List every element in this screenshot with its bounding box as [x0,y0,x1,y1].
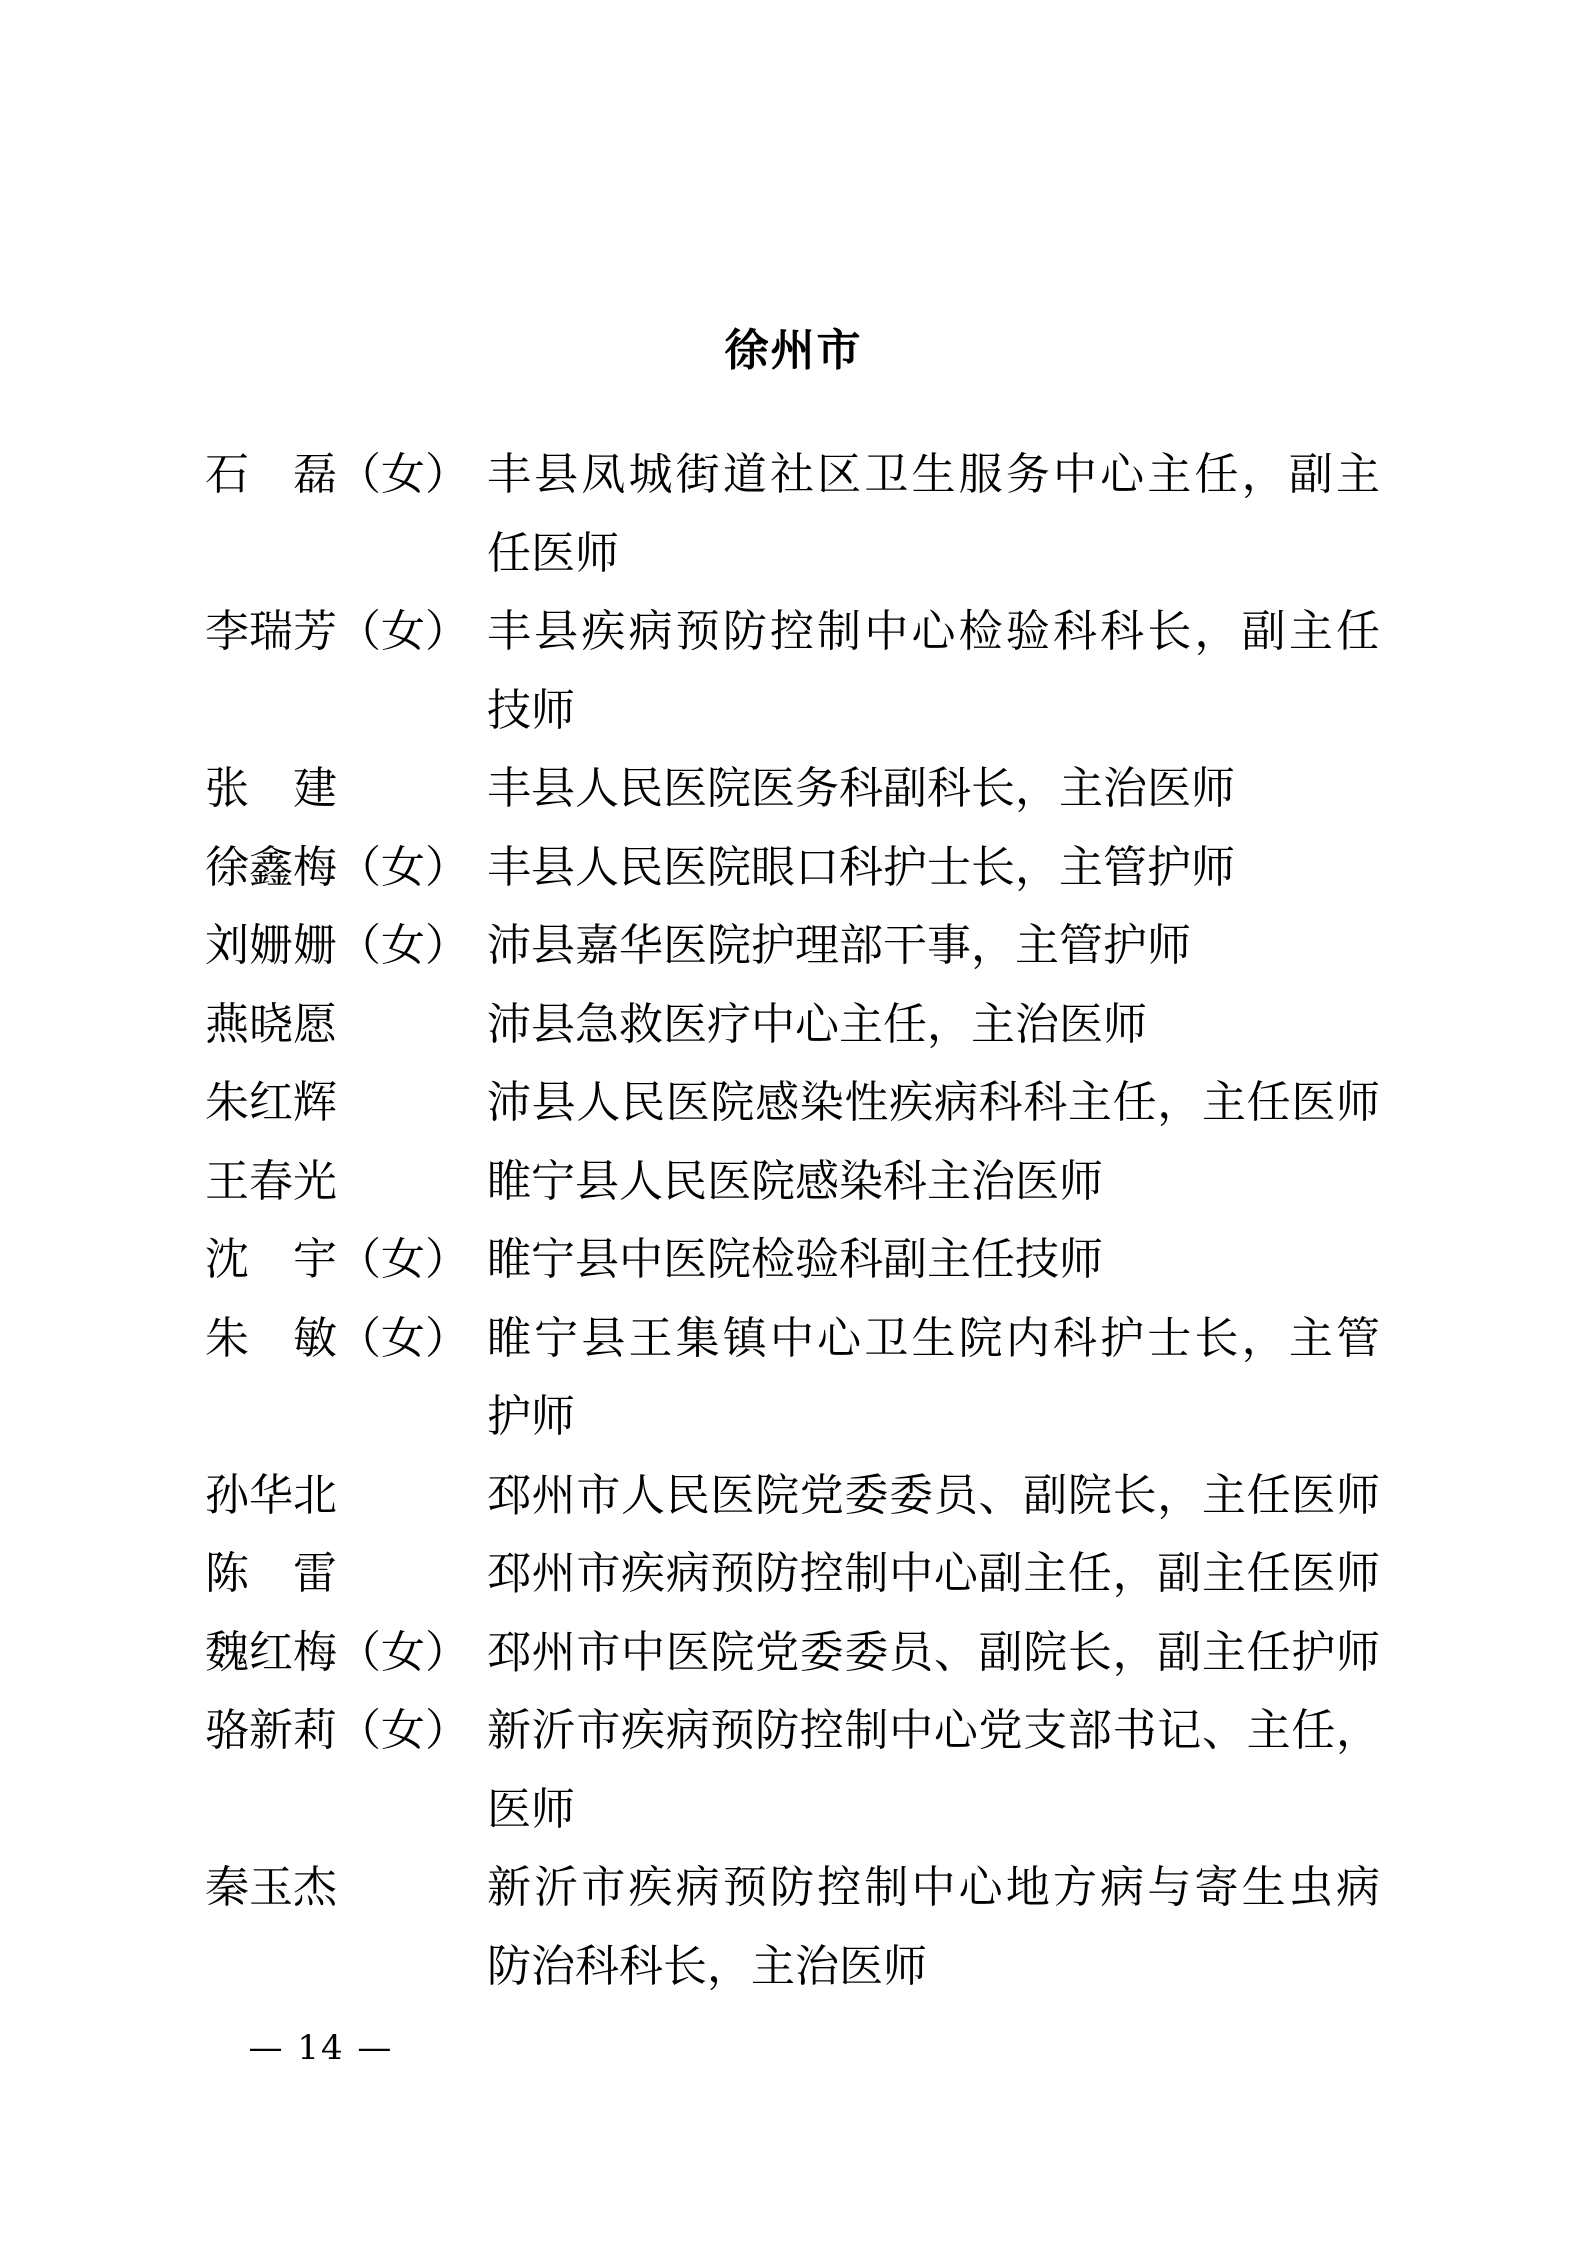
description-line: 医师 [487,1771,1380,1850]
person-name: 魏红梅 [205,1614,337,1693]
person-name: 朱红辉 [205,1064,337,1143]
description-line: 新沂市疾病预防控制中心党支部书记、主任， [487,1692,1380,1771]
person-description: 邳州市疾病预防控制中心副主任，副主任医师 [487,1535,1380,1614]
person-name: 刘姗姗 [205,907,337,986]
person-name: 李瑞芳 [205,593,337,672]
description-line: 丰县疾病预防控制中心检验科科长，副主任 [487,593,1380,672]
person-name: 张建 [205,750,337,829]
list-item: 秦玉杰 新沂市疾病预防控制中心地方病与寄生虫病 防治科科长，主治医师 [205,1849,1385,2006]
list-item: 沈宇 （女） 睢宁县中医院检验科副主任技师 [205,1221,1385,1300]
person-description: 邳州市中医院党委委员、副院长，副主任护师 [487,1614,1380,1693]
description-line: 新沂市疾病预防控制中心地方病与寄生虫病 [487,1849,1380,1928]
description-line: 丰县人民医院眼口科护士长，主管护师 [487,829,1380,908]
description-line: 沛县急救医疗中心主任，主治医师 [487,986,1380,1065]
gender-label: （女） [337,1300,487,1379]
gender-label: （女） [337,1692,487,1771]
gender-label: （女） [337,907,487,986]
list-item: 徐鑫梅 （女） 丰县人民医院眼口科护士长，主管护师 [205,829,1385,908]
person-description: 睢宁县中医院检验科副主任技师 [487,1221,1380,1300]
list-item: 张建 丰县人民医院医务科副科长，主治医师 [205,750,1385,829]
person-name: 秦玉杰 [205,1849,337,1928]
page-title: 徐州市 [0,328,1587,374]
description-line: 沛县人民医院感染性疾病科科主任，主任医师 [487,1064,1380,1143]
person-name: 朱敏 [205,1300,337,1379]
description-line: 睢宁县中医院检验科副主任技师 [487,1221,1380,1300]
list-item: 李瑞芳 （女） 丰县疾病预防控制中心检验科科长，副主任 技师 [205,593,1385,750]
gender-label: （女） [337,436,487,515]
person-description: 丰县疾病预防控制中心检验科科长，副主任 技师 [487,593,1380,750]
list-item: 燕晓愿 沛县急救医疗中心主任，主治医师 [205,986,1385,1065]
person-description: 新沂市疾病预防控制中心党支部书记、主任， 医师 [487,1692,1380,1849]
description-line: 丰县凤城街道社区卫生服务中心主任，副主 [487,436,1380,515]
person-description: 邳州市人民医院党委委员、副院长，主任医师 [487,1457,1380,1536]
person-name: 燕晓愿 [205,986,337,1065]
list-item: 陈雷 邳州市疾病预防控制中心副主任，副主任医师 [205,1535,1385,1614]
gender-label: （女） [337,1221,487,1300]
gender-label: （女） [337,829,487,908]
person-name: 骆新莉 [205,1692,337,1771]
description-line: 防治科科长，主治医师 [487,1928,1380,2007]
list-item: 孙华北 邳州市人民医院党委委员、副院长，主任医师 [205,1457,1385,1536]
description-line: 睢宁县人民医院感染科主治医师 [487,1143,1380,1222]
list-item: 朱敏 （女） 睢宁县王集镇中心卫生院内科护士长，主管 护师 [205,1300,1385,1457]
person-description: 睢宁县王集镇中心卫生院内科护士长，主管 护师 [487,1300,1380,1457]
person-name: 石磊 [205,436,337,515]
person-name: 陈雷 [205,1535,337,1614]
page-number: — 14 — [205,2028,437,2068]
description-line: 沛县嘉华医院护理部干事，主管护师 [487,907,1380,986]
description-line: 护师 [487,1378,1380,1457]
person-description: 沛县人民医院感染性疾病科科主任，主任医师 [487,1064,1380,1143]
description-line: 睢宁县王集镇中心卫生院内科护士长，主管 [487,1300,1380,1379]
person-name: 孙华北 [205,1457,337,1536]
gender-label: （女） [337,593,487,672]
description-line: 邳州市中医院党委委员、副院长，副主任护师 [487,1614,1380,1693]
person-name: 徐鑫梅 [205,829,337,908]
person-description: 睢宁县人民医院感染科主治医师 [487,1143,1380,1222]
list-item: 王春光 睢宁县人民医院感染科主治医师 [205,1143,1385,1222]
list-item: 刘姗姗 （女） 沛县嘉华医院护理部干事，主管护师 [205,907,1385,986]
description-line: 邳州市疾病预防控制中心副主任，副主任医师 [487,1535,1380,1614]
gender-label: （女） [337,1614,487,1693]
description-line: 丰县人民医院医务科副科长，主治医师 [487,750,1380,829]
description-line: 技师 [487,672,1380,751]
list-item: 魏红梅 （女） 邳州市中医院党委委员、副院长，副主任护师 [205,1614,1385,1693]
award-list: 石磊 （女） 丰县凤城街道社区卫生服务中心主任，副主 任医师 李瑞芳 （女） 丰… [205,436,1385,2006]
list-item: 石磊 （女） 丰县凤城街道社区卫生服务中心主任，副主 任医师 [205,436,1385,593]
list-item: 朱红辉 沛县人民医院感染性疾病科科主任，主任医师 [205,1064,1385,1143]
description-line: 任医师 [487,515,1380,594]
person-description: 丰县人民医院眼口科护士长，主管护师 [487,829,1380,908]
person-description: 丰县人民医院医务科副科长，主治医师 [487,750,1380,829]
person-name: 王春光 [205,1143,337,1222]
person-description: 沛县嘉华医院护理部干事，主管护师 [487,907,1380,986]
person-description: 沛县急救医疗中心主任，主治医师 [487,986,1380,1065]
person-description: 丰县凤城街道社区卫生服务中心主任，副主 任医师 [487,436,1380,593]
description-line: 邳州市人民医院党委委员、副院长，主任医师 [487,1457,1380,1536]
list-item: 骆新莉 （女） 新沂市疾病预防控制中心党支部书记、主任， 医师 [205,1692,1385,1849]
person-name: 沈宇 [205,1221,337,1300]
person-description: 新沂市疾病预防控制中心地方病与寄生虫病 防治科科长，主治医师 [487,1849,1380,2006]
